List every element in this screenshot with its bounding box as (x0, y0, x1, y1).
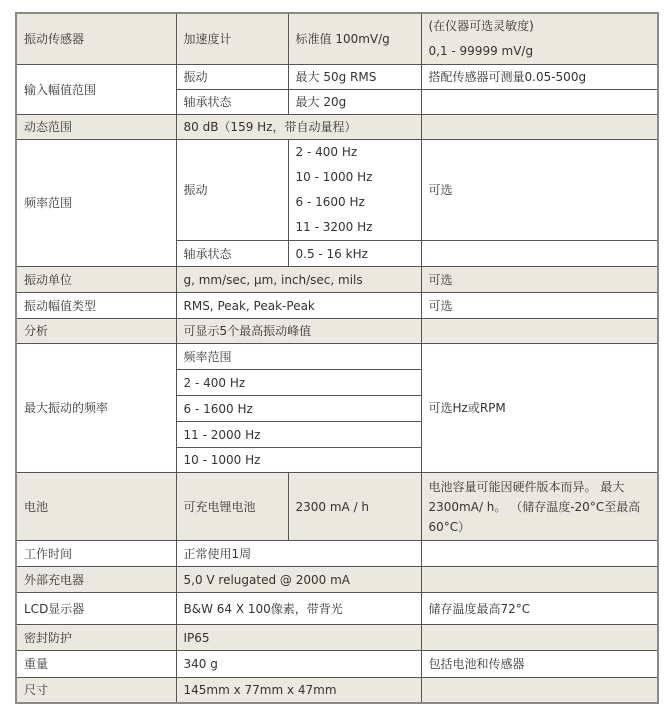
work-time-value: 正常使用1周 (176, 541, 421, 567)
weight-label: 重量 (16, 651, 176, 678)
freq-bearing-value: 0.5 - 16 kHz (288, 241, 421, 267)
max-freq-row: 11 - 2000 Hz (176, 422, 421, 448)
sealing-label: 密封防护 (16, 625, 176, 651)
freq-bearing-label: 轴承状态 (176, 241, 288, 267)
row-amp-type: 振动幅值类型 RMS, Peak, Peak-Peak 可选 (16, 293, 658, 319)
dynamic-range-label: 动态范围 (16, 115, 176, 140)
units-value: g, mm/sec, µm, inch/sec, mils (176, 267, 421, 293)
sensor-note: (在仪器可选灵敏度) 0,1 - 99999 mV/g (421, 13, 658, 65)
freq-vib-values: 2 - 400 Hz 10 - 1000 Hz 6 - 1600 Hz 11 -… (288, 140, 421, 241)
max-freq-note: 可选Hz或RPM (421, 344, 658, 473)
lcd-label: LCD显示器 (16, 593, 176, 625)
size-label: 尺寸 (16, 678, 176, 703)
sensor-note-line2: 0,1 - 99999 mV/g (429, 39, 651, 64)
freq-vib-value: 11 - 3200 Hz (296, 215, 414, 240)
lcd-value: B&W 64 X 100像素，带背光 (176, 593, 421, 625)
freq-range-note: 可选 (421, 140, 658, 241)
size-note (421, 678, 658, 703)
row-size: 尺寸 145mm x 77mm x 47mm (16, 678, 658, 703)
max-freq-row: 2 - 400 Hz (176, 370, 421, 396)
input-bearing-label: 轴承状态 (176, 90, 288, 115)
freq-range-label: 频率范围 (16, 140, 176, 267)
charger-note (421, 567, 658, 593)
max-freq-row: 10 - 1000 Hz (176, 448, 421, 473)
charger-value: 5,0 V relugated @ 2000 mA (176, 567, 421, 593)
row-input-range-vib: 输入幅值范围 振动 最大 50g RMS 搭配传感器可测量0.05-500g (16, 65, 658, 90)
battery-capacity: 2300 mA / h (288, 473, 421, 541)
analysis-label: 分析 (16, 319, 176, 344)
row-max-freq: 最大振动的频率 频率范围 可选Hz或RPM (16, 344, 658, 370)
row-charger: 外部充电器 5,0 V relugated @ 2000 mA (16, 567, 658, 593)
input-vib-value: 最大 50g RMS (288, 65, 421, 90)
input-vib-label: 振动 (176, 65, 288, 90)
dynamic-range-note (421, 115, 658, 140)
max-freq-row: 频率范围 (176, 344, 421, 370)
freq-vib-value: 6 - 1600 Hz (296, 190, 414, 215)
battery-type: 可充电锂电池 (176, 473, 288, 541)
row-work-time: 工作时间 正常使用1周 (16, 541, 658, 567)
analysis-value: 可显示5个最高振动峰值 (176, 319, 421, 344)
sensor-standard: 标准值 100mV/g (288, 13, 421, 65)
analysis-note (421, 319, 658, 344)
charger-label: 外部充电器 (16, 567, 176, 593)
freq-vib-label: 振动 (176, 140, 288, 241)
row-sealing: 密封防护 IP65 (16, 625, 658, 651)
sensor-label: 振动传感器 (16, 13, 176, 65)
battery-note: 电池容量可能因硬件版本而异。 最大2300mA/ h。 （储存温度-20°C至最… (421, 473, 658, 541)
spec-table: 振动传感器 加速度计 标准值 100mV/g (在仪器可选灵敏度) 0,1 - … (15, 12, 659, 704)
freq-bearing-note (421, 241, 658, 267)
input-bearing-value: 最大 20g (288, 90, 421, 115)
input-bearing-note (421, 90, 658, 115)
sealing-note (421, 625, 658, 651)
max-freq-label: 最大振动的频率 (16, 344, 176, 473)
row-freq-range-vib: 频率范围 振动 2 - 400 Hz 10 - 1000 Hz 6 - 1600… (16, 140, 658, 241)
battery-label: 电池 (16, 473, 176, 541)
weight-value: 340 g (176, 651, 421, 678)
row-sensor: 振动传感器 加速度计 标准值 100mV/g (在仪器可选灵敏度) 0,1 - … (16, 13, 658, 65)
dynamic-range-value: 80 dB（159 Hz，带自动量程） (176, 115, 421, 140)
size-value: 145mm x 77mm x 47mm (176, 678, 421, 703)
input-vib-note: 搭配传感器可测量0.05-500g (421, 65, 658, 90)
freq-vib-value: 2 - 400 Hz (296, 140, 414, 165)
row-dynamic-range: 动态范围 80 dB（159 Hz，带自动量程） (16, 115, 658, 140)
amp-type-note: 可选 (421, 293, 658, 319)
weight-note: 包括电池和传感器 (421, 651, 658, 678)
units-label: 振动单位 (16, 267, 176, 293)
amp-type-label: 振动幅值类型 (16, 293, 176, 319)
freq-vib-value: 10 - 1000 Hz (296, 165, 414, 190)
sensor-note-line1: (在仪器可选灵敏度) (429, 14, 651, 39)
max-freq-row: 6 - 1600 Hz (176, 396, 421, 422)
sealing-value: IP65 (176, 625, 421, 651)
row-weight: 重量 340 g 包括电池和传感器 (16, 651, 658, 678)
lcd-note: 储存温度最高72°C (421, 593, 658, 625)
row-units: 振动单位 g, mm/sec, µm, inch/sec, mils 可选 (16, 267, 658, 293)
row-battery: 电池 可充电锂电池 2300 mA / h 电池容量可能因硬件版本而异。 最大2… (16, 473, 658, 541)
input-range-label: 输入幅值范围 (16, 65, 176, 115)
amp-type-value: RMS, Peak, Peak-Peak (176, 293, 421, 319)
work-time-note (421, 541, 658, 567)
row-analysis: 分析 可显示5个最高振动峰值 (16, 319, 658, 344)
sensor-type: 加速度计 (176, 13, 288, 65)
row-lcd: LCD显示器 B&W 64 X 100像素，带背光 储存温度最高72°C (16, 593, 658, 625)
work-time-label: 工作时间 (16, 541, 176, 567)
units-note: 可选 (421, 267, 658, 293)
